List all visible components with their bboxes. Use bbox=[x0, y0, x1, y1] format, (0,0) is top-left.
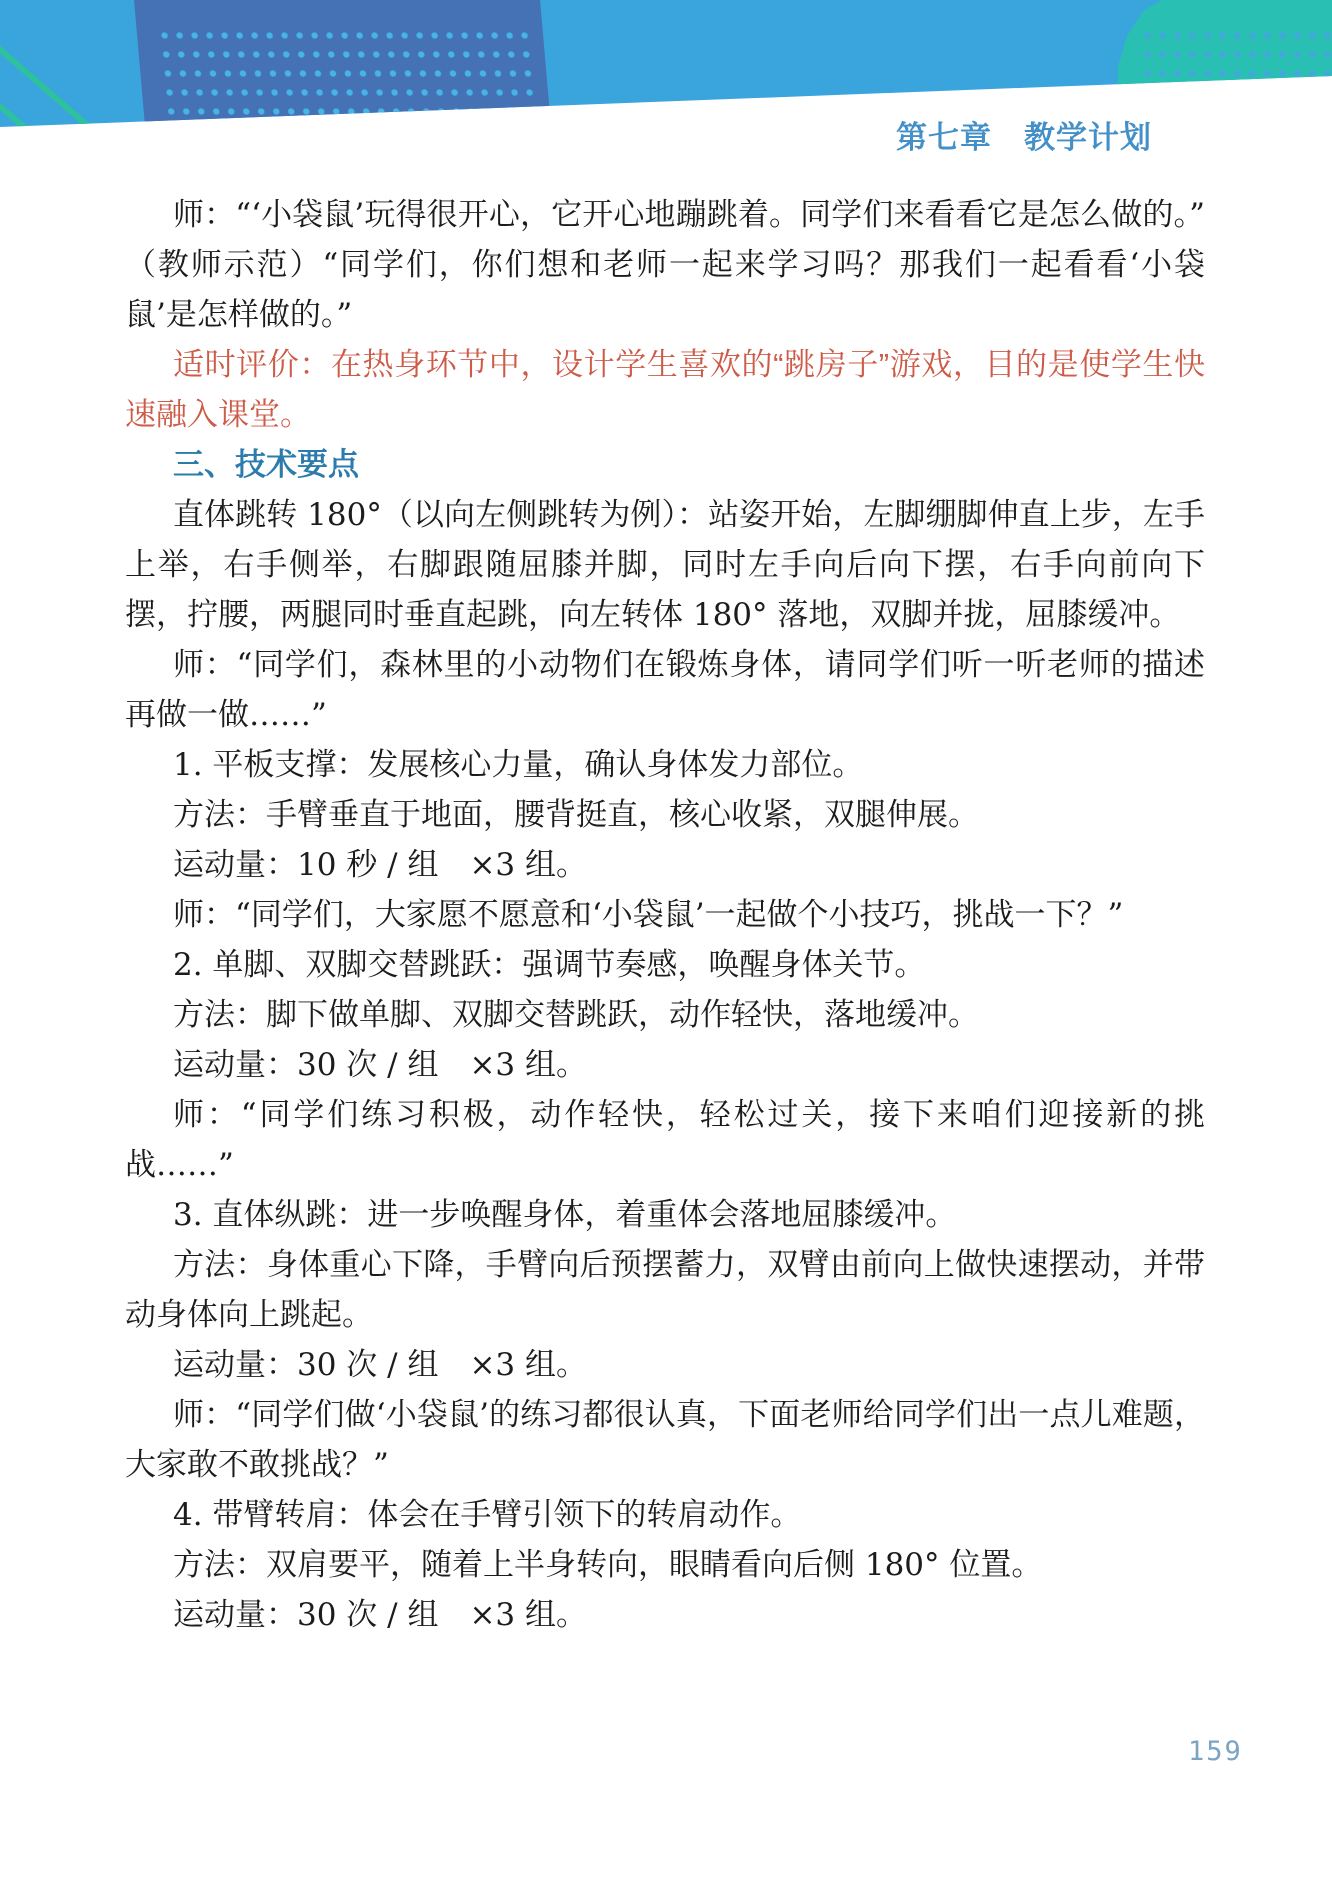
banner-teal-shape bbox=[1118, 0, 1332, 130]
evaluation-note: 适时评价：在热身环节中，设计学生喜欢的“跳房子”游戏，目的是使学生快速融入课堂。 bbox=[125, 340, 1205, 440]
dots-pattern-icon bbox=[156, 26, 539, 130]
chapter-running-head: 第七章 教学计划 bbox=[896, 112, 1152, 157]
top-banner bbox=[0, 0, 1332, 130]
technique-description: 直体跳转 180°（以向左侧跳转为例）：站姿开始，左脚绷脚伸直上步，左手上举，右… bbox=[125, 490, 1205, 640]
method-line-3: 方法：身体重心下降，手臂向后预摆蓄力，双臂由前向上做快速摆动，并带动身体向上跳起… bbox=[125, 1240, 1205, 1340]
teacher-dialogue-2: 师：“同学们，森林里的小动物们在锻炼身体，请同学们听一听老师的描述再做一做……” bbox=[125, 640, 1205, 740]
numbered-item-2: 2. 单脚、双脚交替跳跃：强调节奏感，唤醒身体关节。 bbox=[125, 940, 1205, 990]
teacher-dialogue-1: 师：“‘小袋鼠’玩得很开心，它开心地蹦跳着。同学们来看看它是怎么做的。”（教师示… bbox=[125, 190, 1205, 340]
dosage-line-2: 运动量：30 次 / 组 ×3 组。 bbox=[125, 1040, 1205, 1090]
dots-pattern-icon bbox=[1140, 26, 1332, 106]
method-line-2: 方法：脚下做单脚、双脚交替跳跃，动作轻快，落地缓冲。 bbox=[125, 990, 1205, 1040]
dosage-line-3: 运动量：30 次 / 组 ×3 组。 bbox=[125, 1340, 1205, 1390]
dosage-line-1: 运动量：10 秒 / 组 ×3 组。 bbox=[125, 840, 1205, 890]
section-heading: 三、技术要点 bbox=[125, 440, 1205, 490]
book-page: 第七章 教学计划 师：“‘小袋鼠’玩得很开心，它开心地蹦跳着。同学们来看看它是怎… bbox=[0, 0, 1332, 1885]
page-number: 159 bbox=[1188, 1736, 1243, 1767]
numbered-item-1: 1. 平板支撑：发展核心力量，确认身体发力部位。 bbox=[125, 740, 1205, 790]
teacher-dialogue-4: 师：“同学们练习积极，动作轻快，轻松过关，接下来咱们迎接新的挑战……” bbox=[125, 1090, 1205, 1190]
banner-dark-parallelogram bbox=[134, 0, 551, 130]
dosage-line-4: 运动量：30 次 / 组 ×3 组。 bbox=[125, 1590, 1205, 1640]
numbered-item-4: 4. 带臂转肩：体会在手臂引领下的转肩动作。 bbox=[125, 1490, 1205, 1540]
teacher-dialogue-3: 师：“同学们，大家愿不愿意和‘小袋鼠’一起做个小技巧，挑战一下？” bbox=[125, 890, 1205, 940]
teacher-dialogue-5: 师：“同学们做‘小袋鼠’的练习都很认真，下面老师给同学们出一点儿难题，大家敢不敢… bbox=[125, 1390, 1205, 1490]
page-content: 师：“‘小袋鼠’玩得很开心，它开心地蹦跳着。同学们来看看它是怎么做的。”（教师示… bbox=[125, 190, 1205, 1640]
method-line-4: 方法：双肩要平，随着上半身转向，眼睛看向后侧 180° 位置。 bbox=[125, 1540, 1205, 1590]
numbered-item-3: 3. 直体纵跳：进一步唤醒身体，着重体会落地屈膝缓冲。 bbox=[125, 1190, 1205, 1240]
method-line-1: 方法：手臂垂直于地面，腰背挺直，核心收紧，双腿伸展。 bbox=[125, 790, 1205, 840]
